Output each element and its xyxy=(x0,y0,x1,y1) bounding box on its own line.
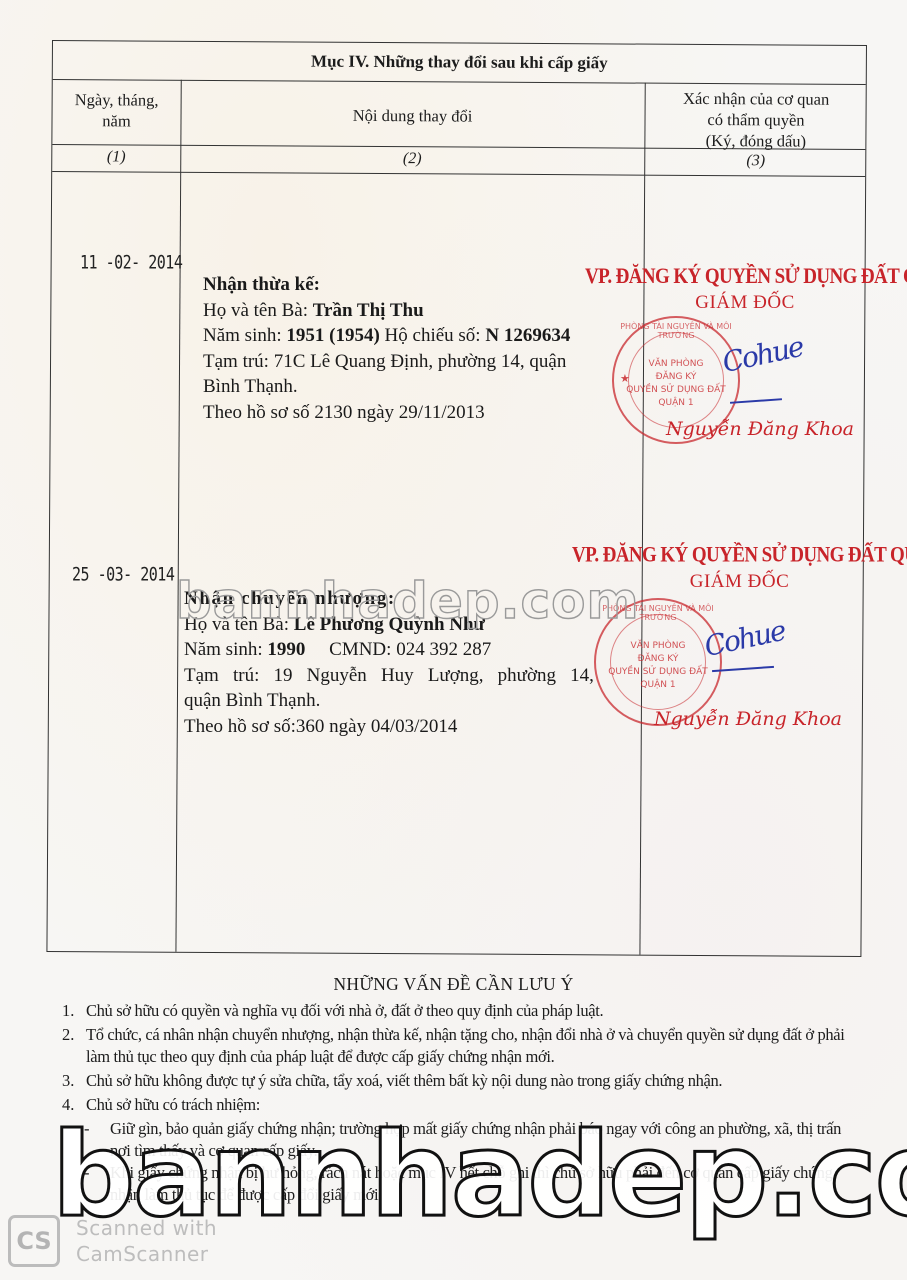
note-item: 1.Chủ sở hữu có quyền và nghĩa vụ đối vớ… xyxy=(62,1000,862,1022)
approval-role: GIÁM ĐỐC xyxy=(585,292,905,314)
entry-dossier: Theo hồ sơ số:360 ngày 04/03/2014 xyxy=(184,714,594,740)
entry-birth-id: Năm sinh: 1951 (1954) Hộ chiếu số: N 126… xyxy=(203,323,570,349)
column-divider xyxy=(639,83,645,955)
signer-name: Nguyễn Đăng Khoa xyxy=(660,418,860,440)
change-entry: Nhận thừa kế: Họ và tên Bà: Trần Thị Thu… xyxy=(203,272,570,425)
scanner-line-1: Scanned with xyxy=(76,1215,217,1241)
table-title: Mục IV. Những thay đổi sau khi cấp giấy xyxy=(53,41,866,85)
approval-block: VP. ĐĂNG KÝ QUYỀN SỬ DỤNG ĐẤT QUẬN 1 GIÁ… xyxy=(585,266,905,314)
entry-address: Tạm trú: 71C Lê Quang Định, phường 14, q… xyxy=(203,349,570,375)
column-header-approval: Xác nhận của cơ quan có thẩm quyền (Ký, … xyxy=(644,88,867,152)
column-divider xyxy=(175,80,181,952)
column-number: (1) xyxy=(52,148,180,167)
scanner-badge: CS Scanned with CamScanner xyxy=(8,1215,217,1267)
camscanner-logo-icon: CS xyxy=(8,1215,60,1267)
entry-birth-id: Năm sinh: 1990 CMND: 024 392 287 xyxy=(184,637,594,663)
scanner-line-2: CamScanner xyxy=(76,1241,217,1267)
change-date: 25 -03- 2014 xyxy=(72,563,174,586)
note-item: 2.Tổ chức, cá nhân nhận chuyển nhượng, n… xyxy=(62,1024,862,1068)
entry-dossier: Theo hồ sơ số 2130 ngày 29/11/2013 xyxy=(203,400,570,426)
header-divider xyxy=(52,171,865,177)
entry-address: Tạm trú: 19 Nguyễn Huy Lượng, phường 14, xyxy=(184,663,594,689)
approval-office: VP. ĐĂNG KÝ QUYỀN SỬ DỤNG ĐẤT QUẬN 1 xyxy=(572,543,907,568)
notes-title: NHỮNG VẤN ĐỀ CẦN LƯU Ý xyxy=(0,974,907,995)
entry-address-cont: Bình Thạnh. xyxy=(203,374,570,400)
changes-table: Mục IV. Những thay đổi sau khi cấp giấy … xyxy=(46,40,867,957)
note-item: 3.Chủ sở hữu không được tự ý sửa chữa, t… xyxy=(62,1070,862,1092)
approval-office: VP. ĐĂNG KÝ QUYỀN SỬ DỤNG ĐẤT QUẬN 1 xyxy=(585,264,905,289)
column-header-date: Ngày, tháng, năm xyxy=(52,89,180,132)
signer-name: Nguyễn Đăng Khoa xyxy=(648,708,848,730)
entry-name: Họ và tên Bà: Trần Thị Thu xyxy=(203,298,570,324)
watermark-text: bannhadep.com xyxy=(176,572,640,630)
column-header-content: Nội dung thay đổi xyxy=(180,104,644,128)
change-date: 11 -02- 2014 xyxy=(80,251,182,274)
column-number: (2) xyxy=(180,149,644,170)
column-number: (3) xyxy=(644,152,867,171)
entry-address-cont: quận Bình Thạnh. xyxy=(184,688,594,714)
entry-heading: Nhận thừa kế: xyxy=(203,272,570,298)
